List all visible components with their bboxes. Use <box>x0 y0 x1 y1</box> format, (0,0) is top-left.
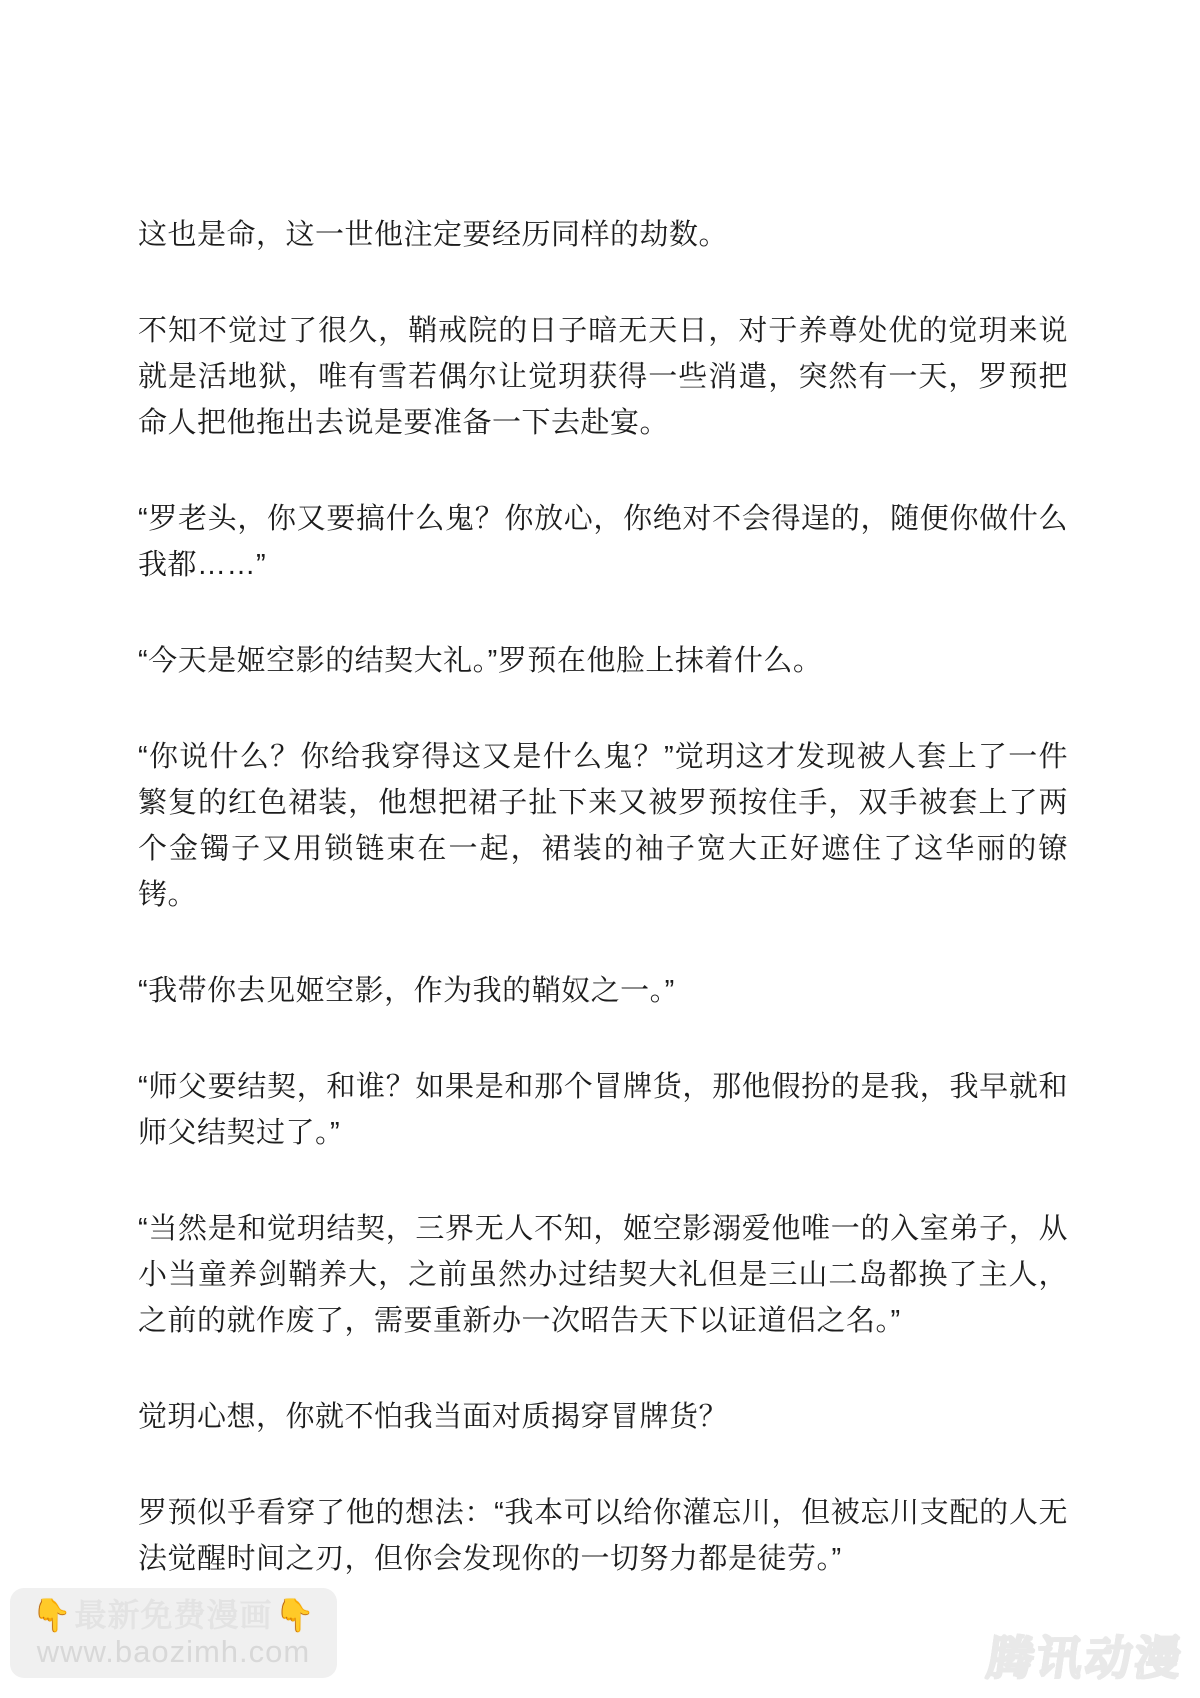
paragraph-8: “当然是和觉玥结契，三界无人不知，姬空影溺爱他唯一的入室弟子，从小当童养剑鞘养大… <box>138 1206 1068 1344</box>
paragraph-10: 罗预似乎看穿了他的想法：“我本可以给你灌忘川，但被忘川支配的人无法觉醒时间之刃，… <box>138 1490 1068 1582</box>
point-down-emoji-left: 👇 <box>32 1597 73 1633</box>
baozimh-watermark: 👇 最新免费漫画 👇 www.baozimh.com <box>10 1588 337 1678</box>
paragraph-6: “我带你去见姬空影，作为我的鞘奴之一。” <box>138 968 1068 1014</box>
story-text: 这也是命，这一世他注定要经历同样的劫数。 不知不觉过了很久，鞘戒院的日子暗无天日… <box>138 212 1068 1582</box>
paragraph-4: “今天是姬空影的结契大礼。”罗预在他脸上抹着什么。 <box>138 638 1068 684</box>
point-down-emoji-right: 👇 <box>275 1597 316 1633</box>
paragraph-3: “罗老头，你又要搞什么鬼？你放心，你绝对不会得逞的，随便你做什么我都……” <box>138 496 1068 588</box>
watermark-url: www.baozimh.com <box>37 1635 310 1669</box>
paragraph-1: 这也是命，这一世他注定要经历同样的劫数。 <box>138 212 1068 258</box>
comic-text-page: 这也是命，这一世他注定要经历同样的劫数。 不知不觉过了很久，鞘戒院的日子暗无天日… <box>0 0 1200 1698</box>
paragraph-5: “你说什么？你给我穿得这又是什么鬼？”觉玥这才发现被人套上了一件繁复的红色裙装，… <box>138 734 1068 918</box>
tencent-comics-logo: 腾讯动漫 <box>983 1622 1188 1688</box>
paragraph-2: 不知不觉过了很久，鞘戒院的日子暗无天日，对于养尊处优的觉玥来说就是活地狱，唯有雪… <box>138 308 1068 446</box>
paragraph-7: “师父要结契，和谁？如果是和那个冒牌货，那他假扮的是我，我早就和师父结契过了。” <box>138 1064 1068 1156</box>
watermark-title-row: 👇 最新免费漫画 👇 <box>32 1597 316 1633</box>
paragraph-9: 觉玥心想，你就不怕我当面对质揭穿冒牌货？ <box>138 1394 1068 1440</box>
watermark-title: 最新免费漫画 <box>74 1597 272 1633</box>
